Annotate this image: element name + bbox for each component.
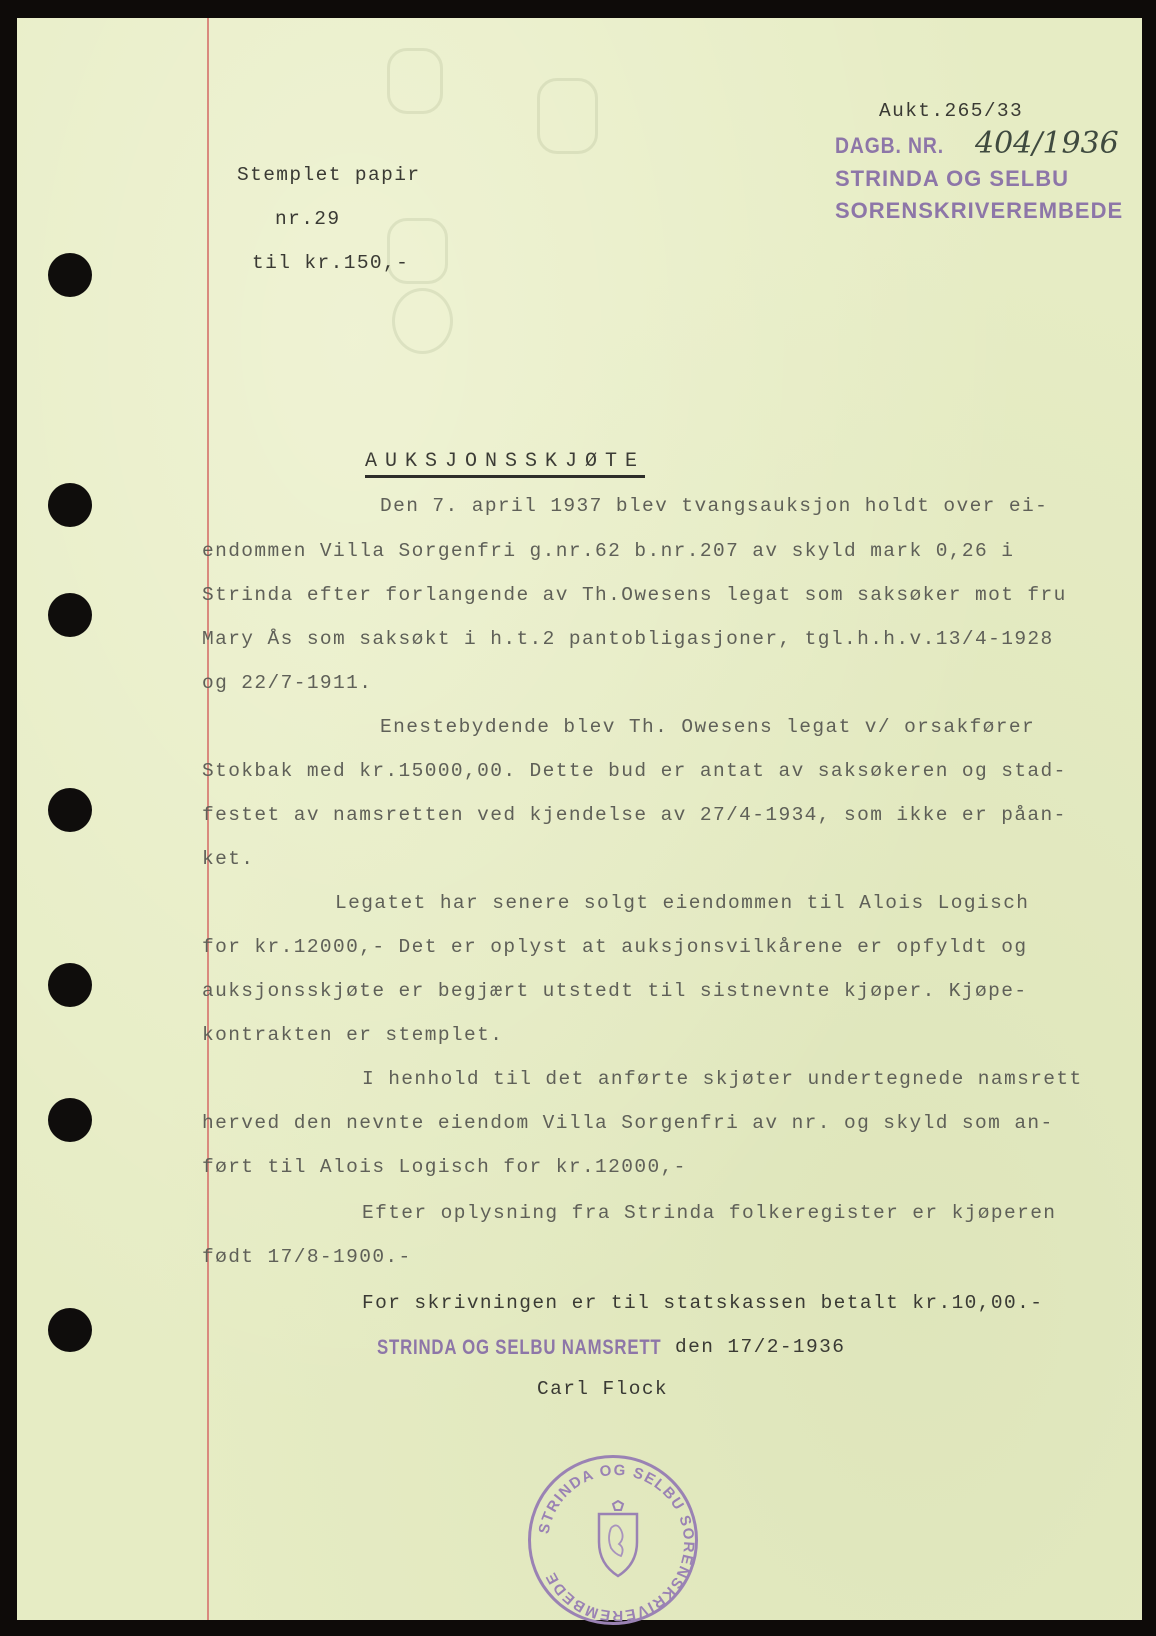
body-line: født 17/8-1900.- bbox=[202, 1246, 412, 1268]
body-line: For skrivningen er til statskassen betal… bbox=[362, 1292, 1043, 1314]
body-line: festet av namsretten ved kjendelse av 27… bbox=[202, 804, 1067, 826]
stamp-paper-line1: Stemplet papir bbox=[237, 164, 420, 186]
stamp-office-line1: STRINDA OG SELBU bbox=[835, 166, 1069, 192]
document-page: Aukt.265/33 DAGB. NR. 404/1936 STRINDA O… bbox=[17, 18, 1142, 1620]
body-line: I henhold til det anførte skjøter undert… bbox=[362, 1068, 1083, 1090]
body-line: endommen Villa Sorgenfri g.nr.62 b.nr.20… bbox=[202, 540, 1014, 562]
punch-hole-icon bbox=[48, 1098, 92, 1142]
body-line: ket. bbox=[202, 848, 254, 870]
case-reference: Aukt.265/33 bbox=[879, 100, 1023, 122]
stamp-dagb-label: DAGB. NR. bbox=[835, 133, 944, 159]
body-line: Strinda efter forlangende av Th.Owesens … bbox=[202, 584, 1067, 606]
punch-hole-icon bbox=[48, 483, 92, 527]
body-line: Den 7. april 1937 blev tvangsauksjon hol… bbox=[380, 495, 1048, 517]
ghost-emboss bbox=[392, 288, 453, 354]
stamp-paper-line2: nr.29 bbox=[275, 208, 341, 230]
body-line: auksjonsskjøte er begjært utstedt til si… bbox=[202, 980, 1027, 1002]
body-line: Efter oplysning fra Strinda folkeregiste… bbox=[362, 1202, 1056, 1224]
ghost-emboss bbox=[537, 78, 598, 154]
official-seal-icon: STRINDA OG SELBU SORENSKRIVEREMBEDE bbox=[528, 1455, 698, 1625]
document-title: AUKSJONSSKJØTE bbox=[365, 450, 645, 478]
body-line: og 22/7-1911. bbox=[202, 672, 372, 694]
body-line: Mary Ås som saksøkt i h.t.2 pantobligasj… bbox=[202, 628, 1054, 650]
body-line: for kr.12000,- Det er oplyst at auksjons… bbox=[202, 936, 1027, 958]
body-line: Enestebydende blev Th. Owesens legat v/ … bbox=[380, 716, 1035, 738]
body-line: ført til Alois Logisch for kr.12000,- bbox=[202, 1156, 687, 1178]
body-line: Stokbak med kr.15000,00. Dette bud er an… bbox=[202, 760, 1067, 782]
signature: Carl Flock bbox=[537, 1378, 668, 1400]
body-line: Legatet har senere solgt eiendommen til … bbox=[335, 892, 1029, 914]
body-line: kontrakten er stemplet. bbox=[202, 1024, 503, 1046]
body-line: herved den nevnte eiendom Villa Sorgenfr… bbox=[202, 1112, 1054, 1134]
handwritten-dagb-number: 404/1936 bbox=[975, 126, 1119, 161]
ghost-emboss bbox=[387, 48, 443, 114]
document-date: den 17/2-1936 bbox=[675, 1336, 845, 1358]
ghost-emboss bbox=[387, 218, 448, 284]
punch-hole-icon bbox=[48, 788, 92, 832]
punch-hole-icon bbox=[48, 253, 92, 297]
coat-of-arms-icon bbox=[593, 1500, 643, 1578]
punch-hole-icon bbox=[48, 963, 92, 1007]
punch-hole-icon bbox=[48, 1308, 92, 1352]
court-stamp: STRINDA OG SELBU NAMSRETT bbox=[377, 1336, 661, 1360]
punch-hole-icon bbox=[48, 593, 92, 637]
stamp-paper-line3: til kr.150,- bbox=[252, 252, 409, 274]
stamp-office-line2: SORENSKRIVEREMBEDE bbox=[835, 198, 1123, 224]
